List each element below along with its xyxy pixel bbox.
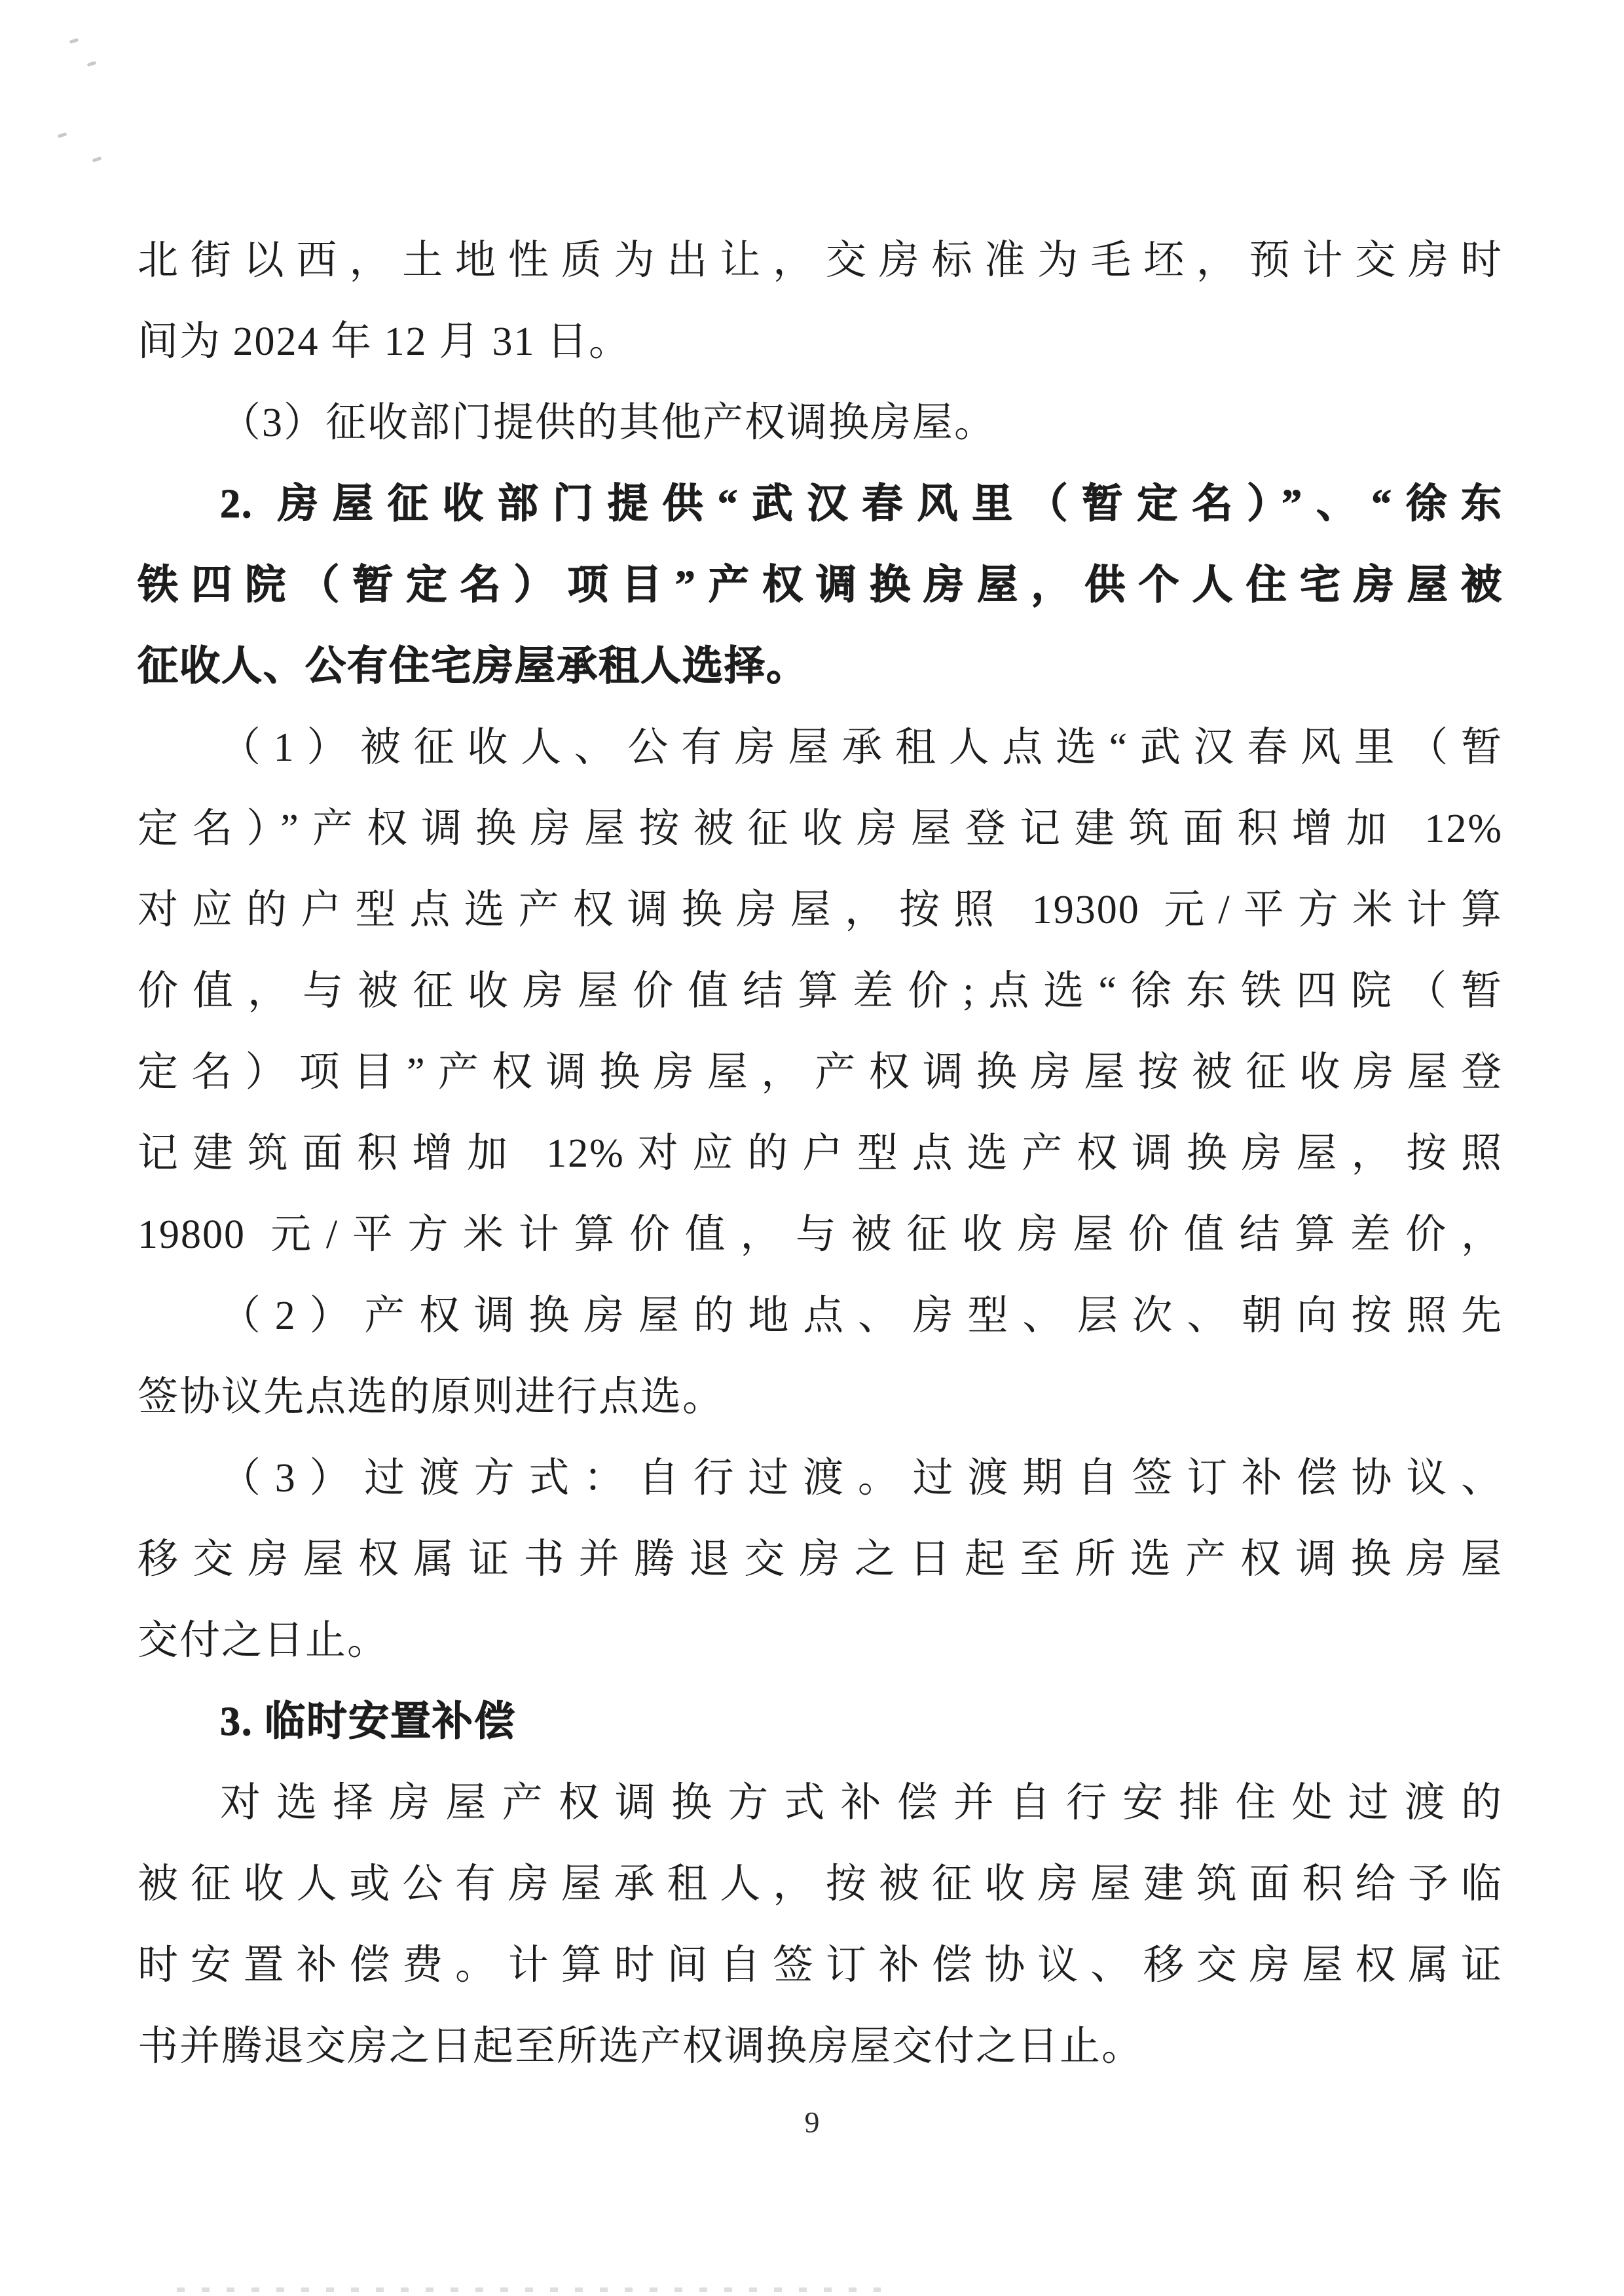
- text-line: 价值，与被征收房屋价值结算差价;点选“徐东铁四院（暂: [138, 951, 1503, 1032]
- text-line: 北街以西，土地性质为出让，交房标准为毛坯，预计交房时: [138, 220, 1503, 301]
- scan-edge-artifact: [177, 2287, 881, 2292]
- text-line: 3. 临时安置补偿: [138, 1681, 1503, 1762]
- scan-speck: [58, 132, 67, 138]
- scan-speck: [92, 156, 102, 162]
- text-line: （1）被征收人、公有房屋承租人点选“武汉春风里（暂: [138, 707, 1503, 788]
- text-line: 定名）项目”产权调换房屋，产权调换房屋按被征收房屋登: [138, 1032, 1503, 1113]
- text-line: 对选择房屋产权调换方式补偿并自行安排住处过渡的: [138, 1762, 1503, 1844]
- scanned-document-page: 北街以西，土地性质为出让，交房标准为毛坯，预计交房时间为 2024 年 12 月…: [0, 0, 1624, 2296]
- text-line: 定名）”产权调换房屋按被征收房屋登记建筑面积增加 12%: [138, 788, 1503, 869]
- text-line: 移交房屋权属证书并腾退交房之日起至所选产权调换房屋: [138, 1519, 1503, 1600]
- text-line: 征收人、公有住宅房屋承租人选择。: [138, 626, 1503, 707]
- text-line: （3）过渡方式：自行过渡。过渡期自签订补偿协议、: [138, 1438, 1503, 1519]
- text-line: 交付之日止。: [138, 1600, 1503, 1681]
- text-line: （3）征收部门提供的其他产权调换房屋。: [138, 382, 1503, 464]
- text-line: （2）产权调换房屋的地点、房型、层次、朝向按照先: [138, 1275, 1503, 1357]
- document-body: 北街以西，土地性质为出让，交房标准为毛坯，预计交房时间为 2024 年 12 月…: [138, 220, 1503, 2087]
- text-line: 19800 元/平方米计算价值，与被征收房屋价值结算差价，: [138, 1194, 1503, 1275]
- text-line: 对应的户型点选产权调换房屋，按照 19300 元/平方米计算: [138, 869, 1503, 951]
- scan-speck: [69, 38, 79, 44]
- text-line: 书并腾退交房之日起至所选产权调换房屋交付之日止。: [138, 2006, 1503, 2087]
- text-line: 时安置补偿费。计算时间自签订补偿协议、移交房屋权属证: [138, 1925, 1503, 2006]
- text-line: 间为 2024 年 12 月 31 日。: [138, 301, 1503, 382]
- text-line: 铁四院（暂定名）项目”产权调换房屋，供个人住宅房屋被: [138, 545, 1503, 626]
- text-line: 签协议先点选的原则进行点选。: [138, 1357, 1503, 1438]
- text-line: 记建筑面积增加 12%对应的户型点选产权调换房屋，按照: [138, 1113, 1503, 1194]
- page-number: 9: [0, 2103, 1624, 2142]
- text-line: 2. 房屋征收部门提供“武汉春风里（暂定名）”、“徐东: [138, 464, 1503, 545]
- text-line: 被征收人或公有房屋承租人，按被征收房屋建筑面积给予临: [138, 1844, 1503, 1925]
- scan-speck: [87, 61, 97, 67]
